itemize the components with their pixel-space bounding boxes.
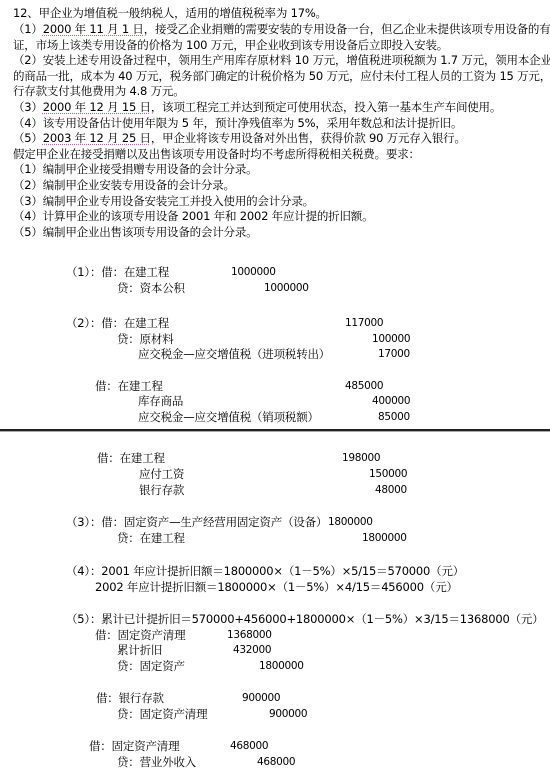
a5-credit-2-amount: 900000 — [269, 707, 307, 722]
a2-debit: （2）：借：在建工程 — [66, 316, 169, 331]
date-link: 2000 年 11 月 1 日 — [43, 22, 144, 36]
question-line-3: （2）安装上述专用设备过程中，领用生产用库存原材料 10 万元，增值税进项税额为… — [13, 53, 550, 68]
a2-credit-2: 应交税金—应交增值税（进项税转出） — [138, 347, 330, 362]
a1-credit-amount: 1000000 — [264, 281, 309, 296]
a2-credit-1-amount: 100000 — [372, 332, 410, 347]
a2-credit-6-amount: 48000 — [375, 483, 407, 498]
a4-line-1: （4）：2001 年应计提折旧额＝1800000×（1－5%）×5/15＝570… — [66, 564, 464, 579]
date-link: 2000 年 12 月 15 日 — [43, 100, 151, 114]
a5-debit-4: 借：固定资产清理 — [89, 739, 179, 754]
a5-debit-2: 累计折旧 — [117, 643, 162, 658]
a3-debit-amount: 1800000 — [328, 515, 373, 530]
a1-debit-amount: 1000000 — [231, 265, 276, 280]
a3-debit: （3）：借：固定资产—生产经营用固定资产（设备） — [66, 515, 327, 530]
a5-debit-3-amount: 900000 — [242, 691, 280, 706]
date-link: 2003 年 12 月 25 日 — [43, 131, 151, 145]
a5-credit-2: 贷：固定资产清理 — [117, 707, 207, 722]
a2-credit-6: 银行存款 — [139, 483, 184, 498]
a3-credit-amount: 1800000 — [362, 531, 407, 546]
question-line-7: （4）该专用设备估计使用年限为 5 年，预计净残值率为 5%，采用年数总和法计提… — [13, 116, 462, 131]
a5-debit-4-amount: 468000 — [230, 739, 268, 754]
a2-debit-amount: 117000 — [345, 316, 383, 331]
a2-credit-5-amount: 150000 — [369, 467, 407, 482]
a4-line-2: 2002 年应计提折旧额＝1800000×（1－5%）×4/15＝456000（… — [95, 580, 458, 595]
a5-credit-3: 贷：营业外收入 — [117, 755, 196, 770]
question-line-2: 证，市场上该类专用设备的价格为 100 万元，甲企业收到该专用设备后立即投入安装… — [13, 38, 448, 53]
a2-credit-1: 贷：原材料 — [117, 332, 174, 347]
question-line-4: 的商品一批，成本为 40 万元，税务部门确定的计税价格为 50 万元，应付未付工… — [13, 69, 550, 84]
question-line-9: 假定甲企业在接受捐赠以及出售该项专用设备时均不考虑所得税相关税费。要求： — [13, 147, 420, 162]
requirement-5: （5）编制甲企业出售该项专用设备的会计分录。 — [13, 225, 257, 240]
a2-debit-2: 借：在建工程 — [95, 379, 163, 394]
question-line-5: 行存款支付其他费用为 4.8 万元。 — [13, 84, 185, 99]
a5-debit-1-amount: 1368000 — [227, 628, 272, 643]
a5-debit-3: 借：银行存款 — [96, 691, 164, 706]
a5-credit-1-amount: 1800000 — [259, 659, 304, 674]
requirement-3: （3）编制甲企业专用设备安装完工并投入使用的会计分录。 — [13, 194, 314, 209]
a5-line-1: （5）：累计已计提折旧＝570000+456000+1800000×（1－5%）… — [66, 612, 544, 627]
question-title: 12、甲企业为增值税一般纳税人，适用的增值税税率为 17%。 — [13, 6, 327, 21]
a2-credit-2-amount: 17000 — [378, 347, 410, 362]
page-break-divider — [0, 429, 550, 432]
a5-credit-1: 贷：固定资产 — [117, 659, 185, 674]
a2-credit-4-amount: 85000 — [378, 410, 410, 425]
requirement-1: （1）编制甲企业接受捐赠专用设备的会计分录。 — [13, 162, 257, 177]
a2-debit-2-amount: 485000 — [345, 379, 383, 394]
a2-debit-3-amount: 198000 — [342, 451, 380, 466]
requirement-4: （4）计算甲企业的该项专用设备 2001 年和 2002 年应计提的折旧额。 — [13, 209, 373, 224]
a3-credit: 贷：在建工程 — [117, 531, 185, 546]
a1-credit: 贷：资本公积 — [117, 281, 185, 296]
question-line-6: （3）2000 年 12 月 15 日，该项工程完工并达到预定可使用状态，投入第… — [13, 100, 501, 115]
question-line-1: （1）2000 年 11 月 1 日，接受乙企业捐赠的需要安装的专用设备一台，但… — [13, 22, 550, 37]
a2-credit-5: 应付工资 — [139, 467, 184, 482]
a2-credit-3: 库存商品 — [138, 394, 183, 409]
a2-credit-4: 应交税金—应交增值税（销项税额） — [138, 410, 319, 425]
a2-debit-3: 借：在建工程 — [97, 451, 165, 466]
requirement-2: （2）编制甲企业安装专用设备的会计分录。 — [13, 178, 235, 193]
a1-debit: （1）：借：在建工程 — [66, 265, 169, 280]
a5-debit-1: 借：固定资产清理 — [95, 628, 185, 643]
a5-credit-3-amount: 468000 — [257, 755, 295, 770]
question-line-8: （5）2003 年 12 月 25 日，甲企业将该专用设备对外出售，获得价款 9… — [13, 131, 466, 146]
a2-credit-3-amount: 400000 — [372, 394, 410, 409]
a5-debit-2-amount: 432000 — [233, 643, 271, 658]
